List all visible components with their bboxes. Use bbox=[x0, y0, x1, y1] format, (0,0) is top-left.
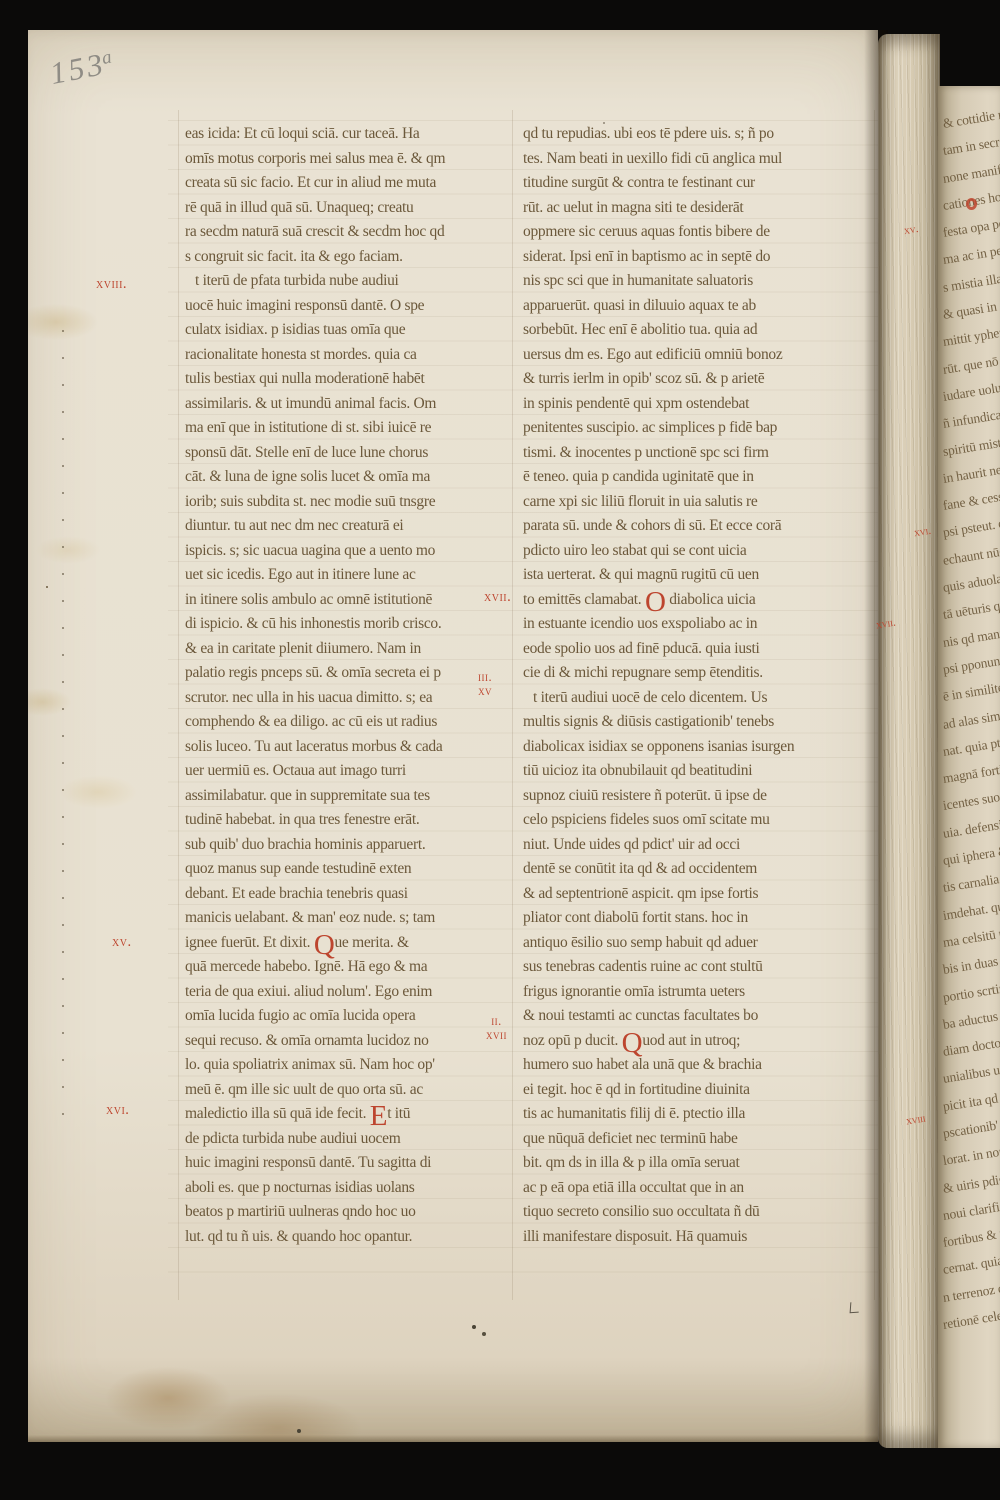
facing-chapter-numeral-xv: xv. bbox=[903, 223, 919, 237]
text-line: illi manifestare disposuit. Hā quamuis bbox=[523, 1225, 873, 1250]
text-segment: dentē se conūtit ita qd & ad occidentem bbox=[523, 860, 757, 877]
text-line: huic imagini responsū dantē. Tu sagitta … bbox=[185, 1151, 519, 1176]
text-segment: sus tenebras cadentis ruine ac cont stul… bbox=[523, 958, 763, 975]
text-segment: ñ infundicare fa bbox=[942, 403, 1000, 431]
text-line: tiū uicioz ita obnubilauit qd beatitudin… bbox=[523, 759, 873, 784]
text-segment: omīs motus corporis mei salus mea ē. & q… bbox=[185, 150, 445, 167]
text-segment: aboli es. que p nocturnas isidias uolans bbox=[185, 1179, 415, 1196]
text-segment: uod aut in utroq; bbox=[642, 1032, 740, 1049]
text-line: dentē se conūtit ita qd & ad occidentem bbox=[523, 857, 873, 882]
text-segment: niut. Unde uides qd pdict' uir ad occi bbox=[523, 836, 740, 853]
text-line: ē teneo. quia p candida uginitatē que in bbox=[523, 465, 873, 490]
manuscript-page: 153a eas icida: Et cū loqui sciā. cur ta… bbox=[28, 30, 878, 1442]
text-line: in spinis pendentē qui xpm ostendebat bbox=[523, 392, 873, 417]
text-line: comphendo & ea diligo. ac cū eis ut radi… bbox=[185, 710, 519, 735]
text-line: in itinere solis ambulo ac omnē istituti… bbox=[185, 588, 519, 613]
text-line: pliator cont diabolū fortit stans. hoc i… bbox=[523, 906, 873, 931]
text-line: apparuerūt. quasi in diluuio aquax te ab bbox=[523, 294, 873, 319]
text-segment: to emittēs clamabat. bbox=[523, 591, 645, 608]
text-segment: nis spc sci que in humanitate saluatoris bbox=[523, 272, 753, 289]
text-segment: manicis uelabant. & man' eoz nude. s; ta… bbox=[185, 909, 435, 926]
text-line: & ea in caritate plenit diiumero. Nam in bbox=[185, 637, 519, 662]
text-segment: cernat. quia ueri bbox=[942, 1249, 1000, 1277]
text-segment: comphendo & ea diligo. ac cū eis ut radi… bbox=[185, 713, 437, 730]
text-column-right: qd tu repudias. ubi eos tē pdere uis. s;… bbox=[523, 122, 873, 1249]
text-line: antiquo ēsilio suo semp habuit qd aduer bbox=[523, 931, 873, 956]
text-segment: in spinis pendentē qui xpm ostendebat bbox=[523, 395, 749, 412]
text-segment: cāt. & luna de igne solis lucet & omīa m… bbox=[185, 468, 430, 485]
text-segment: solis luceo. Tu aut laceratus morbus & c… bbox=[185, 738, 442, 755]
text-segment: lut. qd tu ñ uis. & quando hoc opantur. bbox=[185, 1228, 412, 1245]
text-line: sus tenebras cadentis ruine ac cont stul… bbox=[523, 955, 873, 980]
text-segment: apparuerūt. quasi in diluuio aquax te ab bbox=[523, 297, 756, 314]
text-line: in estuante icendio uos exspoliabo ac in bbox=[523, 612, 873, 637]
book-fore-edge bbox=[878, 34, 940, 1448]
text-line: eode spolio uos ad finē pducā. quia iust… bbox=[523, 637, 873, 662]
text-segment: uocē huic imagini responsū dantē. O spe bbox=[185, 297, 424, 314]
text-segment: humero suo habet ala unā que & brachia bbox=[523, 1056, 762, 1073]
text-segment: diuntur. tu aut nec dm nec creaturā ei bbox=[185, 517, 403, 534]
text-segment: & turris ierlm in opib' scoz sū. & p ari… bbox=[523, 370, 764, 387]
gutter-numeral-ii: ii. bbox=[486, 1014, 507, 1028]
text-segment: scrutor. nec ulla in his uacua dimitto. … bbox=[185, 689, 432, 706]
text-segment: multis signis & diūsis castigationib' te… bbox=[523, 713, 774, 730]
text-line: aboli es. que p nocturnas isidias uolans bbox=[185, 1176, 519, 1201]
text-line: bit. qm ds in illa & p illa omīa seruat bbox=[523, 1151, 873, 1176]
text-line: meū ē. qm ille sic uult de quo orta sū. … bbox=[185, 1078, 519, 1103]
text-segment: palatio regis pnceps sū. & omīa secreta … bbox=[185, 664, 441, 681]
text-line: titudine surgūt & contra te festinant cu… bbox=[523, 171, 873, 196]
text-segment: in haurit nec a bbox=[942, 459, 1000, 485]
text-segment: noz opū p ducit. bbox=[523, 1032, 622, 1049]
text-segment: sequi recuso. & omīa ornamta lucidoz no bbox=[185, 1032, 429, 1049]
text-line: teria de qua exiui. aliud nolum'. Ego en… bbox=[185, 980, 519, 1005]
text-segment: tiquo secreto consilio suo occultata ñ d… bbox=[523, 1203, 760, 1220]
text-segment: debant. Et eade brachia tenebris quasi bbox=[185, 885, 408, 902]
gutter-numeral-xvii: xvii. bbox=[484, 589, 511, 606]
text-line: ma enī que in istitutione di st. sibi iu… bbox=[185, 416, 519, 441]
text-segment: s mistia illa q bbox=[942, 269, 1000, 295]
text-line: di ispicio. & cū his inhonestis morib cr… bbox=[185, 612, 519, 637]
text-segment: uer uermiū es. Octaua aut imago turri bbox=[185, 762, 406, 779]
text-line: tes. Nam beati in uexillo fidi cū anglic… bbox=[523, 147, 873, 172]
rubricated-initial: E bbox=[185, 266, 195, 288]
text-line: uocē huic imagini responsū dantē. O spe bbox=[185, 294, 519, 319]
text-line: lo. quia spoliatrix animax sū. Nam hoc o… bbox=[185, 1053, 519, 1078]
text-line: ista uerterat. & qui magnū rugitū cū uen bbox=[523, 563, 873, 588]
text-segment: ue merita. & bbox=[334, 934, 408, 951]
text-segment: di ispicio. & cū his inhonestis morib cr… bbox=[185, 615, 441, 632]
text-segment: creata sū sic facio. Et cur in aliud me … bbox=[185, 174, 436, 191]
text-segment: celo pspiciens fideles suos omī scitate … bbox=[523, 811, 770, 828]
text-line: Et iterū de pfata turbida nube audiui bbox=[185, 269, 519, 294]
text-line: iorib; suis subdita st. nec modie suū tn… bbox=[185, 490, 519, 515]
text-line: ignee fuerūt. Et dixit. Que merita. & bbox=[185, 931, 519, 956]
text-line: manicis uelabant. & man' eoz nude. s; ta… bbox=[185, 906, 519, 931]
text-segment: eas icida: Et cū loqui sciā. cur taceā. … bbox=[185, 125, 419, 142]
text-line: sorbebūt. Hec enī ē abolitio tua. quia a… bbox=[523, 318, 873, 343]
text-segment: penitentes suscipio. ac simplices p fidē… bbox=[523, 419, 777, 436]
text-segment: n terrenoz decl bbox=[942, 1278, 1000, 1305]
text-segment: pliator cont diabolū fortit stans. hoc i… bbox=[523, 909, 748, 926]
text-line: pdicto uiro leo stabat qui se cont uicia bbox=[523, 539, 873, 564]
gutter-numeral-iii-xv: iii. xv bbox=[478, 670, 492, 698]
text-segment: sorbebūt. Hec enī ē abolitio tua. quia a… bbox=[523, 321, 757, 338]
text-segment: que nūquā deficiet nec terminū habe bbox=[523, 1130, 738, 1147]
text-segment: pdicto uiro leo stabat qui se cont uicia bbox=[523, 542, 746, 559]
text-segment: & cottidie noua bbox=[942, 103, 1000, 130]
text-line: creata sū sic facio. Et cur in aliud me … bbox=[185, 171, 519, 196]
text-line: que nūquā deficiet nec terminū habe bbox=[523, 1127, 873, 1152]
text-segment: t iterū audiui uocē de celo dicentem. Us bbox=[533, 689, 767, 706]
text-segment: iorib; suis subdita st. nec modie suū tn… bbox=[185, 493, 435, 510]
text-line: racionalitate honesta st mordes. quia ca bbox=[185, 343, 519, 368]
text-line: noz opū p ducit. Quod aut in utroq; bbox=[523, 1029, 873, 1054]
text-segment: tā uēturis quā n bbox=[942, 595, 1000, 622]
text-line: sequi recuso. & omīa ornamta lucidoz no bbox=[185, 1029, 519, 1054]
text-line: s congruit sic facit. ita & ego faciam. bbox=[185, 245, 519, 270]
text-segment: qd tu repudias. ubi eos tē pdere uis. s;… bbox=[523, 125, 774, 142]
text-segment: huic imagini responsū dantē. Tu sagitta … bbox=[185, 1154, 431, 1171]
text-segment: ra secdm naturā suā crescit & secdm hoc … bbox=[185, 223, 444, 240]
text-segment: t iterū de pfata turbida nube audiui bbox=[195, 272, 399, 289]
text-segment: diabolicax isidiax se opponens isanias i… bbox=[523, 738, 794, 755]
text-segment: ei tegit. hoc ē qd in fortitudine diuini… bbox=[523, 1081, 750, 1098]
text-segment: festa opa perdit bbox=[942, 213, 1000, 240]
facing-page-text: & cottidie nouatam in secreto conone man… bbox=[943, 110, 1000, 1338]
text-line: tudinē habebat. in qua tres fenestre erā… bbox=[185, 808, 519, 833]
text-segment: cie di & michi repugnare semp ētenditis. bbox=[523, 664, 763, 681]
text-segment: oppmere sic ceruus aquas fontis bibere d… bbox=[523, 223, 770, 240]
text-line: debant. Et eade brachia tenebris quasi bbox=[185, 882, 519, 907]
text-segment: & noui testamti ac cunctas facultates bo bbox=[523, 1007, 758, 1024]
text-line: ei tegit. hoc ē qd in fortitudine diuini… bbox=[523, 1078, 873, 1103]
text-segment: parata sū. unde & cohors di sū. Et ecce … bbox=[523, 517, 781, 534]
text-segment: tiū uicioz ita obnubilauit qd beatitudin… bbox=[523, 762, 752, 779]
gutter-numeral-ii-xvii: ii. xvii bbox=[486, 1014, 507, 1042]
text-line: tiquo secreto consilio suo occultata ñ d… bbox=[523, 1200, 873, 1225]
text-line: & noui testamti ac cunctas facultates bo bbox=[523, 1004, 873, 1029]
text-segment: diabolica uicia bbox=[666, 591, 756, 608]
text-line: supnoz ciuiū resistere ñ poterūt. ū ipse… bbox=[523, 784, 873, 809]
text-segment: ispicis. s; sic uacua uagina que a uento… bbox=[185, 542, 435, 559]
text-segment: quā mercede habebo. Ignē. Hā ego & ma bbox=[185, 958, 427, 975]
text-segment: ignee fuerūt. Et dixit. bbox=[185, 934, 314, 951]
text-line: siderat. Ipsi enī in baptismo ac in sept… bbox=[523, 245, 873, 270]
text-segment: uersus dm es. Ego aut edificiū omniū bon… bbox=[523, 346, 782, 363]
text-segment: pscationib' ita bbox=[942, 1115, 1000, 1141]
text-line: tis ac humanitatis filij di ē. ptectio i… bbox=[523, 1102, 873, 1127]
text-line: rūt. ac uelut in magna siti te desiderāt bbox=[523, 196, 873, 221]
text-line: ra secdm naturā suā crescit & secdm hoc … bbox=[185, 220, 519, 245]
text-segment: bit. qm ds in illa & p illa omīa seruat bbox=[523, 1154, 739, 1171]
text-segment: titudine surgūt & contra te festinant cu… bbox=[523, 174, 755, 191]
text-segment: siderat. Ipsi enī in baptismo ac in sept… bbox=[523, 248, 770, 265]
text-segment: teria de qua exiui. aliud nolum'. Ego en… bbox=[185, 983, 432, 1000]
text-segment: carne xpi sic liliū floruit in uia salut… bbox=[523, 493, 757, 510]
text-segment: iudare uoluerit. bbox=[942, 377, 1000, 404]
text-segment: culatx isidiax. p isidias tuas omīa que bbox=[185, 321, 405, 338]
text-segment: frigus ignorantie omīa istrumta ueters bbox=[523, 983, 745, 1000]
folio-number: 153a bbox=[47, 44, 119, 92]
text-segment: racionalitate honesta st mordes. quia ca bbox=[185, 346, 417, 363]
text-segment: supnoz ciuiū resistere ñ poterūt. ū ipse… bbox=[523, 787, 767, 804]
text-segment: tudinē habebat. in qua tres fenestre erā… bbox=[185, 811, 419, 828]
text-line: cie di & michi repugnare semp ētenditis. bbox=[523, 661, 873, 686]
text-line: frigus ignorantie omīa istrumta ueters bbox=[523, 980, 873, 1005]
text-line: tismi. & inocentes p unctionē spc sci fi… bbox=[523, 441, 873, 466]
text-line: & ad septentrionē aspicit. qm ipse forti… bbox=[523, 882, 873, 907]
text-line: nis spc sci que in humanitate saluatoris bbox=[523, 269, 873, 294]
text-segment: ac p eā opa etiā illa occultat que in an bbox=[523, 1179, 744, 1196]
text-segment: omīa lucida fugio ac omīa lucida opera bbox=[185, 1007, 415, 1024]
text-line: culatx isidiax. p isidias tuas omīa que bbox=[185, 318, 519, 343]
text-line: palatio regis pnceps sū. & omīa secreta … bbox=[185, 661, 519, 686]
text-segment: uet sic icedis. Ego aut in itinere lune … bbox=[185, 566, 416, 583]
text-line: uer uermiū es. Octaua aut imago turri bbox=[185, 759, 519, 784]
manuscript-photo: { "folio": { "number": "153", "suffix": … bbox=[0, 0, 1000, 1500]
text-segment: in estuante icendio uos exspoliabo ac in bbox=[523, 615, 757, 632]
text-segment: maledictio illa sū quā ide fecit. bbox=[185, 1105, 370, 1122]
text-line: tulis bestiax qui nulla moderationē habē… bbox=[185, 367, 519, 392]
text-line: assimilabatur. que in suppremitate sua t… bbox=[185, 784, 519, 809]
text-segment: meū ē. qm ille sic uult de quo orta sū. … bbox=[185, 1081, 423, 1098]
column-guide-line bbox=[178, 110, 179, 1300]
text-line: celo pspiciens fideles suos omī scitate … bbox=[523, 808, 873, 833]
text-line: qd tu repudias. ubi eos tē pdere uis. s;… bbox=[523, 122, 873, 147]
text-segment: ē teneo. quia p candida uginitatē que in bbox=[523, 468, 754, 485]
text-segment: rē quā in illud quā sū. Unaqueq; creatu bbox=[185, 199, 413, 216]
text-line: rē quā in illud quā sū. Unaqueq; creatu bbox=[185, 196, 519, 221]
text-line: sponsū dāt. Stelle enī de luce lune chor… bbox=[185, 441, 519, 466]
text-segment: lo. quia spoliatrix animax sū. Nam hoc o… bbox=[185, 1056, 435, 1073]
text-segment: noui clarificat. bbox=[942, 1196, 1000, 1223]
text-segment: tes. Nam beati in uexillo fidi cū anglic… bbox=[523, 150, 782, 167]
text-line: quoz manus sup eande testudinē exten bbox=[185, 857, 519, 882]
ink-specks bbox=[28, 30, 30, 32]
text-segment: quoz manus sup eande testudinē exten bbox=[185, 860, 411, 877]
text-segment: illi manifestare disposuit. Hā quamuis bbox=[523, 1228, 747, 1245]
text-segment: spiritū mistia n bbox=[942, 431, 1000, 458]
text-segment: psi psteut. quā bbox=[942, 514, 1000, 540]
prick-marks bbox=[62, 330, 64, 1130]
text-line: multis signis & diūsis castigationib' te… bbox=[523, 710, 873, 735]
text-segment: sub quib' duo brachia hominis apparuert. bbox=[185, 836, 425, 853]
text-line: scrutor. nec ulla in his uacua dimitto. … bbox=[185, 686, 519, 711]
text-segment: tismi. & inocentes p unctionē spc sci fi… bbox=[523, 444, 769, 461]
text-line: to emittēs clamabat. O diabolica uicia bbox=[523, 588, 873, 613]
gutter-numeral-xvii-2: xvii bbox=[486, 1028, 507, 1042]
text-line: uet sic icedis. Ego aut in itinere lune … bbox=[185, 563, 519, 588]
text-segment: t itū bbox=[387, 1105, 410, 1122]
text-column-left: eas icida: Et cū loqui sciā. cur taceā. … bbox=[185, 122, 519, 1249]
text-line: de pdicta turbida nube audiui uocem bbox=[185, 1127, 519, 1152]
text-line: niut. Unde uides qd pdict' uir ad occi bbox=[523, 833, 873, 858]
text-line: beatos p martiriū uulneras qndo hoc uo bbox=[185, 1200, 519, 1225]
text-line: maledictio illa sū quā ide fecit. Et itū bbox=[185, 1102, 519, 1127]
text-line: assimilaris. & ut imundū animal facis. O… bbox=[185, 392, 519, 417]
facing-page-edge: & cottidie nouatam in secreto conone man… bbox=[938, 86, 1000, 1448]
stray-pen-mark bbox=[850, 1302, 860, 1314]
chapter-numeral-xv: xv. bbox=[112, 934, 132, 951]
text-segment: in itinere solis ambulo ac omnē istituti… bbox=[185, 591, 432, 608]
text-line: ispicis. s; sic uacua uagina que a uento… bbox=[185, 539, 519, 564]
text-segment: s congruit sic facit. ita & ego faciam. bbox=[185, 248, 403, 265]
text-line: humero suo habet ala unā que & brachia bbox=[523, 1053, 873, 1078]
text-segment: de pdicta turbida nube audiui uocem bbox=[185, 1130, 400, 1147]
text-segment: beatos p martiriū uulneras qndo hoc uo bbox=[185, 1203, 416, 1220]
text-segment: & ad septentrionē aspicit. qm ipse forti… bbox=[523, 885, 758, 902]
text-line: penitentes suscipio. ac simplices p fidē… bbox=[523, 416, 873, 441]
text-line: cāt. & luna de igne solis lucet & omīa m… bbox=[185, 465, 519, 490]
chapter-numeral-xvi: xvi. bbox=[106, 1102, 129, 1119]
text-line: omīs motus corporis mei salus mea ē. & q… bbox=[185, 147, 519, 172]
rubricated-initial: E bbox=[523, 683, 533, 705]
gutter-numeral-iii: iii. bbox=[478, 670, 492, 684]
text-line: carne xpi sic liliū floruit in uia salut… bbox=[523, 490, 873, 515]
text-segment: antiquo ēsilio suo semp habuit qd aduer bbox=[523, 934, 758, 951]
text-segment: & ea in caritate plenit diiumero. Nam in bbox=[185, 640, 421, 657]
text-segment: mittit ypheria n bbox=[942, 322, 1000, 349]
gutter-numeral-xv: xv bbox=[478, 684, 492, 698]
text-line: lut. qd tu ñ uis. & quando hoc opantur. bbox=[185, 1225, 519, 1250]
text-line: oppmere sic ceruus aquas fontis bibere d… bbox=[523, 220, 873, 245]
text-line: & turris ierlm in opib' scoz sū. & p ari… bbox=[523, 367, 873, 392]
chapter-numeral-xviii: xviii. bbox=[96, 276, 127, 293]
text-segment: tis ac humanitatis filij di ē. ptectio i… bbox=[523, 1105, 745, 1122]
text-line: diabolicax isidiax se opponens isanias i… bbox=[523, 735, 873, 760]
text-line: solis luceo. Tu aut laceratus morbus & c… bbox=[185, 735, 519, 760]
text-segment: ma enī que in istitutione di st. sibi iu… bbox=[185, 419, 431, 436]
text-line: Et iterū audiui uocē de celo dicentem. U… bbox=[523, 686, 873, 711]
text-line: sub quib' duo brachia hominis apparuert. bbox=[185, 833, 519, 858]
text-segment: psi pponunt. bbox=[942, 651, 1000, 676]
text-segment: assimilaris. & ut imundū animal facis. O… bbox=[185, 395, 436, 412]
text-segment: assimilabatur. que in suppremitate sua t… bbox=[185, 787, 430, 804]
text-segment: retionē celestū bbox=[942, 1305, 1000, 1332]
text-segment: rūt. ac uelut in magna siti te desiderāt bbox=[523, 199, 743, 216]
text-segment: ista uerterat. & qui magnū rugitū cū uen bbox=[523, 566, 759, 583]
red-initial-partial bbox=[966, 198, 977, 210]
text-line: ac p eā opa etiā illa occultat que in an bbox=[523, 1176, 873, 1201]
text-line: quā mercede habebo. Ignē. Hā ego & ma bbox=[185, 955, 519, 980]
text-line: parata sū. unde & cohors di sū. Et ecce … bbox=[523, 514, 873, 539]
text-line: uersus dm es. Ego aut edificiū omniū bon… bbox=[523, 343, 873, 368]
text-segment: eode spolio uos ad finē pducā. quia iust… bbox=[523, 640, 760, 657]
text-line: omīa lucida fugio ac omīa lucida opera bbox=[185, 1004, 519, 1029]
text-segment: tulis bestiax qui nulla moderationē habē… bbox=[185, 370, 425, 387]
text-line: eas icida: Et cū loqui sciā. cur taceā. … bbox=[185, 122, 519, 147]
text-segment: sponsū dāt. Stelle enī de luce lune chor… bbox=[185, 444, 428, 461]
text-line: diuntur. tu aut nec dm nec creaturā ei bbox=[185, 514, 519, 539]
